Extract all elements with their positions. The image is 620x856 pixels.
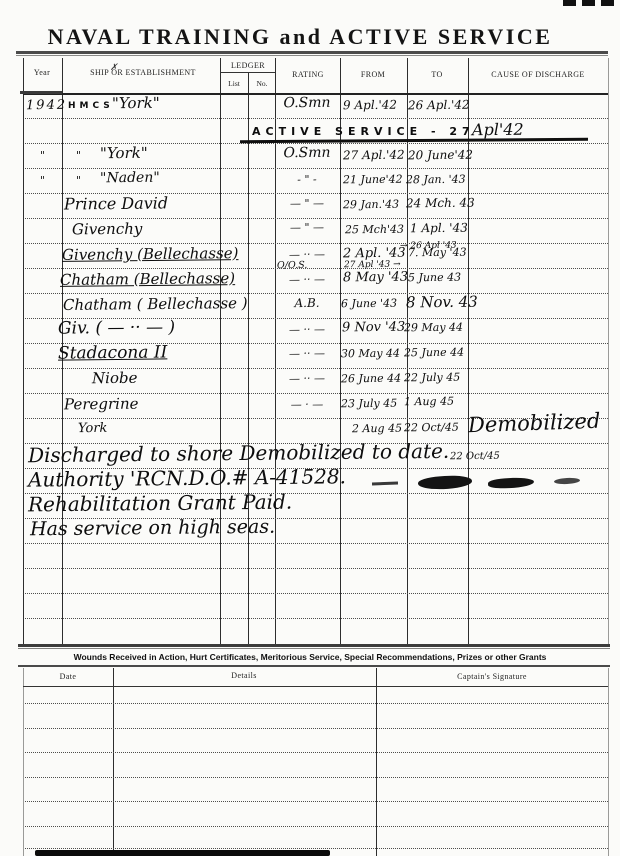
entry-to: 20 June'42	[408, 149, 473, 162]
entry-to: 1 Apl. '43	[410, 222, 468, 235]
entry-ship: Givenchy	[72, 222, 142, 238]
entry-from: 25 Mch'43	[345, 224, 404, 236]
row-dotted-line	[25, 568, 608, 569]
row-dotted-line	[25, 618, 608, 619]
wounds-row-dotted-line	[25, 826, 608, 827]
table-vline-ledger-split	[248, 73, 249, 645]
table-vline-ship	[220, 58, 221, 645]
entry-ship: Giv. ( — ·· — )	[58, 319, 175, 337]
entry-from: 27 Apl.'42	[343, 149, 405, 162]
row-dotted-line	[25, 218, 608, 219]
table-vline-left	[23, 58, 24, 645]
col-header-cause: CAUSE OF DISCHARGE	[491, 70, 584, 79]
entry-from: 6 June '43	[341, 298, 397, 310]
wounds-row-dotted-line	[25, 752, 608, 753]
wounds-vline-right	[608, 668, 609, 856]
entry-rating: — ·· —	[274, 324, 340, 336]
entry-ship-ditto: "	[76, 175, 81, 186]
wounds-row-dotted-line	[25, 848, 608, 849]
entry-to: 26 Apl.'42	[408, 99, 470, 112]
entry-from: 8 May '43	[343, 271, 408, 285]
col-header-to: TO	[431, 70, 442, 79]
entry-ship: Givenchy (Bellechasse)	[62, 246, 239, 263]
entry-ship: Prince David	[64, 195, 168, 212]
wounds-row-dotted-line	[25, 703, 608, 704]
entry-ship: Stadacona II	[58, 344, 167, 362]
wounds-table: Date Details Captain's Signature	[0, 666, 620, 856]
entry-rating: — ·· —	[274, 274, 340, 286]
wounds-col-header-signature: Captain's Signature	[457, 672, 527, 681]
header-bottom-dash	[20, 91, 62, 94]
entry-rating: A.B.	[274, 297, 340, 310]
table-bottom-rule-thick	[18, 644, 610, 647]
col-header-ledger-no: No.	[256, 79, 267, 88]
entry-ship: Peregrine	[64, 397, 139, 413]
entry-ship: Chatham ( Bellechasse )	[63, 296, 248, 313]
table-vline-right	[608, 58, 609, 645]
entry-ship-ditto: "	[76, 150, 81, 161]
entry-from: 9 Nov '43	[342, 321, 405, 335]
entry-from: 26 June 44	[341, 373, 401, 385]
table-bottom-rule-thin	[18, 648, 610, 649]
wounds-header-rule	[23, 686, 608, 687]
row-dotted-line	[25, 243, 608, 244]
note-high-seas-service: Has service on high seas.	[30, 518, 275, 540]
page-corner-cutoff-mark	[563, 0, 618, 6]
col-header-year: Year	[34, 68, 50, 77]
row-dotted-line	[25, 293, 608, 294]
entry-ship: "York"	[112, 96, 160, 111]
entry-to: 25 June 44	[404, 347, 464, 359]
entry-ship: Chatham (Bellechasse)	[60, 271, 235, 288]
entry-to: 29 May 44	[404, 322, 463, 334]
entry-rating: O.Smn	[274, 146, 340, 161]
ledger-split-rule	[220, 72, 275, 73]
wounds-row-dotted-line	[25, 801, 608, 802]
entry-ship: "York"	[100, 146, 148, 161]
entry-to: 22 July 45	[404, 372, 460, 384]
wounds-vline-left	[23, 668, 24, 856]
entry-ship: "Naden"	[100, 171, 160, 186]
entry-rating: - " -	[274, 174, 340, 186]
row-dotted-line	[25, 168, 608, 169]
wounds-col-header-details: Details	[231, 671, 256, 680]
page-title: NAVAL TRAINING and ACTIVE SERVICE	[0, 24, 600, 50]
col-header-ledger-list: List	[228, 79, 240, 88]
entry-to: 8 Nov. 43	[406, 295, 478, 311]
entry-ship-prefix: HMCS	[68, 102, 114, 111]
entry-from: 2 Apl. '43	[343, 247, 406, 261]
entry-from: 30 May 44	[341, 348, 400, 360]
table-vline-to	[468, 58, 469, 645]
note-authority: Authority 'RCN.D.O.# A-41528.	[28, 466, 346, 489]
entry-rating: — · —	[274, 399, 340, 411]
note-discharged-to-shore: Discharged to shore Demobilized to date.	[28, 441, 449, 465]
note-rehabilitation-grant: Rehabilitation Grant Paid.	[28, 492, 292, 515]
entry-to: 1 Aug 45	[404, 396, 454, 408]
entry-to: 24 Mch. 43	[406, 197, 475, 210]
wounds-vline-date	[113, 668, 114, 856]
col-header-ledger: LEDGER	[231, 61, 265, 70]
entry-rating: — " —	[274, 198, 340, 210]
wounds-row-dotted-line	[25, 728, 608, 729]
entry-ship: Niobe	[92, 371, 138, 386]
entry-year-ditto: "	[40, 150, 45, 161]
entry-rating: O.Smn	[274, 96, 340, 111]
entry-to: 28 Jan. '43	[406, 174, 466, 186]
active-service-banner: ACTIVE SERVICE - 27	[252, 126, 475, 137]
col-header-rating: RATING	[292, 70, 324, 79]
title-rule-thin	[16, 55, 608, 56]
entry-from: 29 Jan.'43	[343, 199, 399, 211]
scanned-service-record-page: NAVAL TRAINING and ACTIVE SERVICE Year ✗…	[0, 0, 620, 856]
entry-from: 9 Apl.'42	[343, 99, 397, 112]
wounds-section-heading: Wounds Received in Action, Hurt Certific…	[0, 652, 620, 662]
scan-edge-artifact	[35, 850, 330, 856]
row-dotted-line	[25, 393, 608, 394]
col-header-from: FROM	[361, 70, 385, 79]
interline-note-to: → 26 Apl '43	[400, 242, 457, 252]
entry-from: 23 July 45	[341, 398, 397, 410]
entry-cause-of-discharge: Demobilized	[468, 411, 601, 437]
wounds-row-dotted-line	[25, 777, 608, 778]
entry-from: 2 Aug 45	[352, 423, 402, 435]
entry-rating: — " —	[274, 222, 340, 234]
entry-rating: — ·· —	[274, 249, 340, 261]
active-service-date: Apl'42	[472, 122, 524, 139]
entry-year: 1942	[26, 99, 67, 112]
entry-rating: — ·· —	[274, 373, 340, 385]
row-dotted-line	[25, 268, 608, 269]
row-dotted-line	[25, 593, 608, 594]
col-header-ship: SHIP OR ESTABLISHMENT	[90, 68, 196, 77]
wounds-col-header-date: Date	[60, 672, 77, 681]
title-rule-thick	[16, 51, 608, 54]
entry-rating: — ·· —	[274, 348, 340, 360]
entry-from: 21 June'42	[343, 174, 403, 186]
wounds-vline-details	[376, 668, 377, 856]
row-dotted-line	[25, 543, 608, 544]
entry-to: 22 Oct/45	[404, 422, 459, 434]
note-discharged-date: 22 Oct/45	[450, 452, 500, 463]
entry-year-ditto: "	[40, 175, 45, 186]
interline-note-rating: O/O.S.	[277, 261, 308, 271]
entry-to: 5 June 43	[408, 272, 461, 284]
entry-ship: York	[78, 422, 108, 435]
